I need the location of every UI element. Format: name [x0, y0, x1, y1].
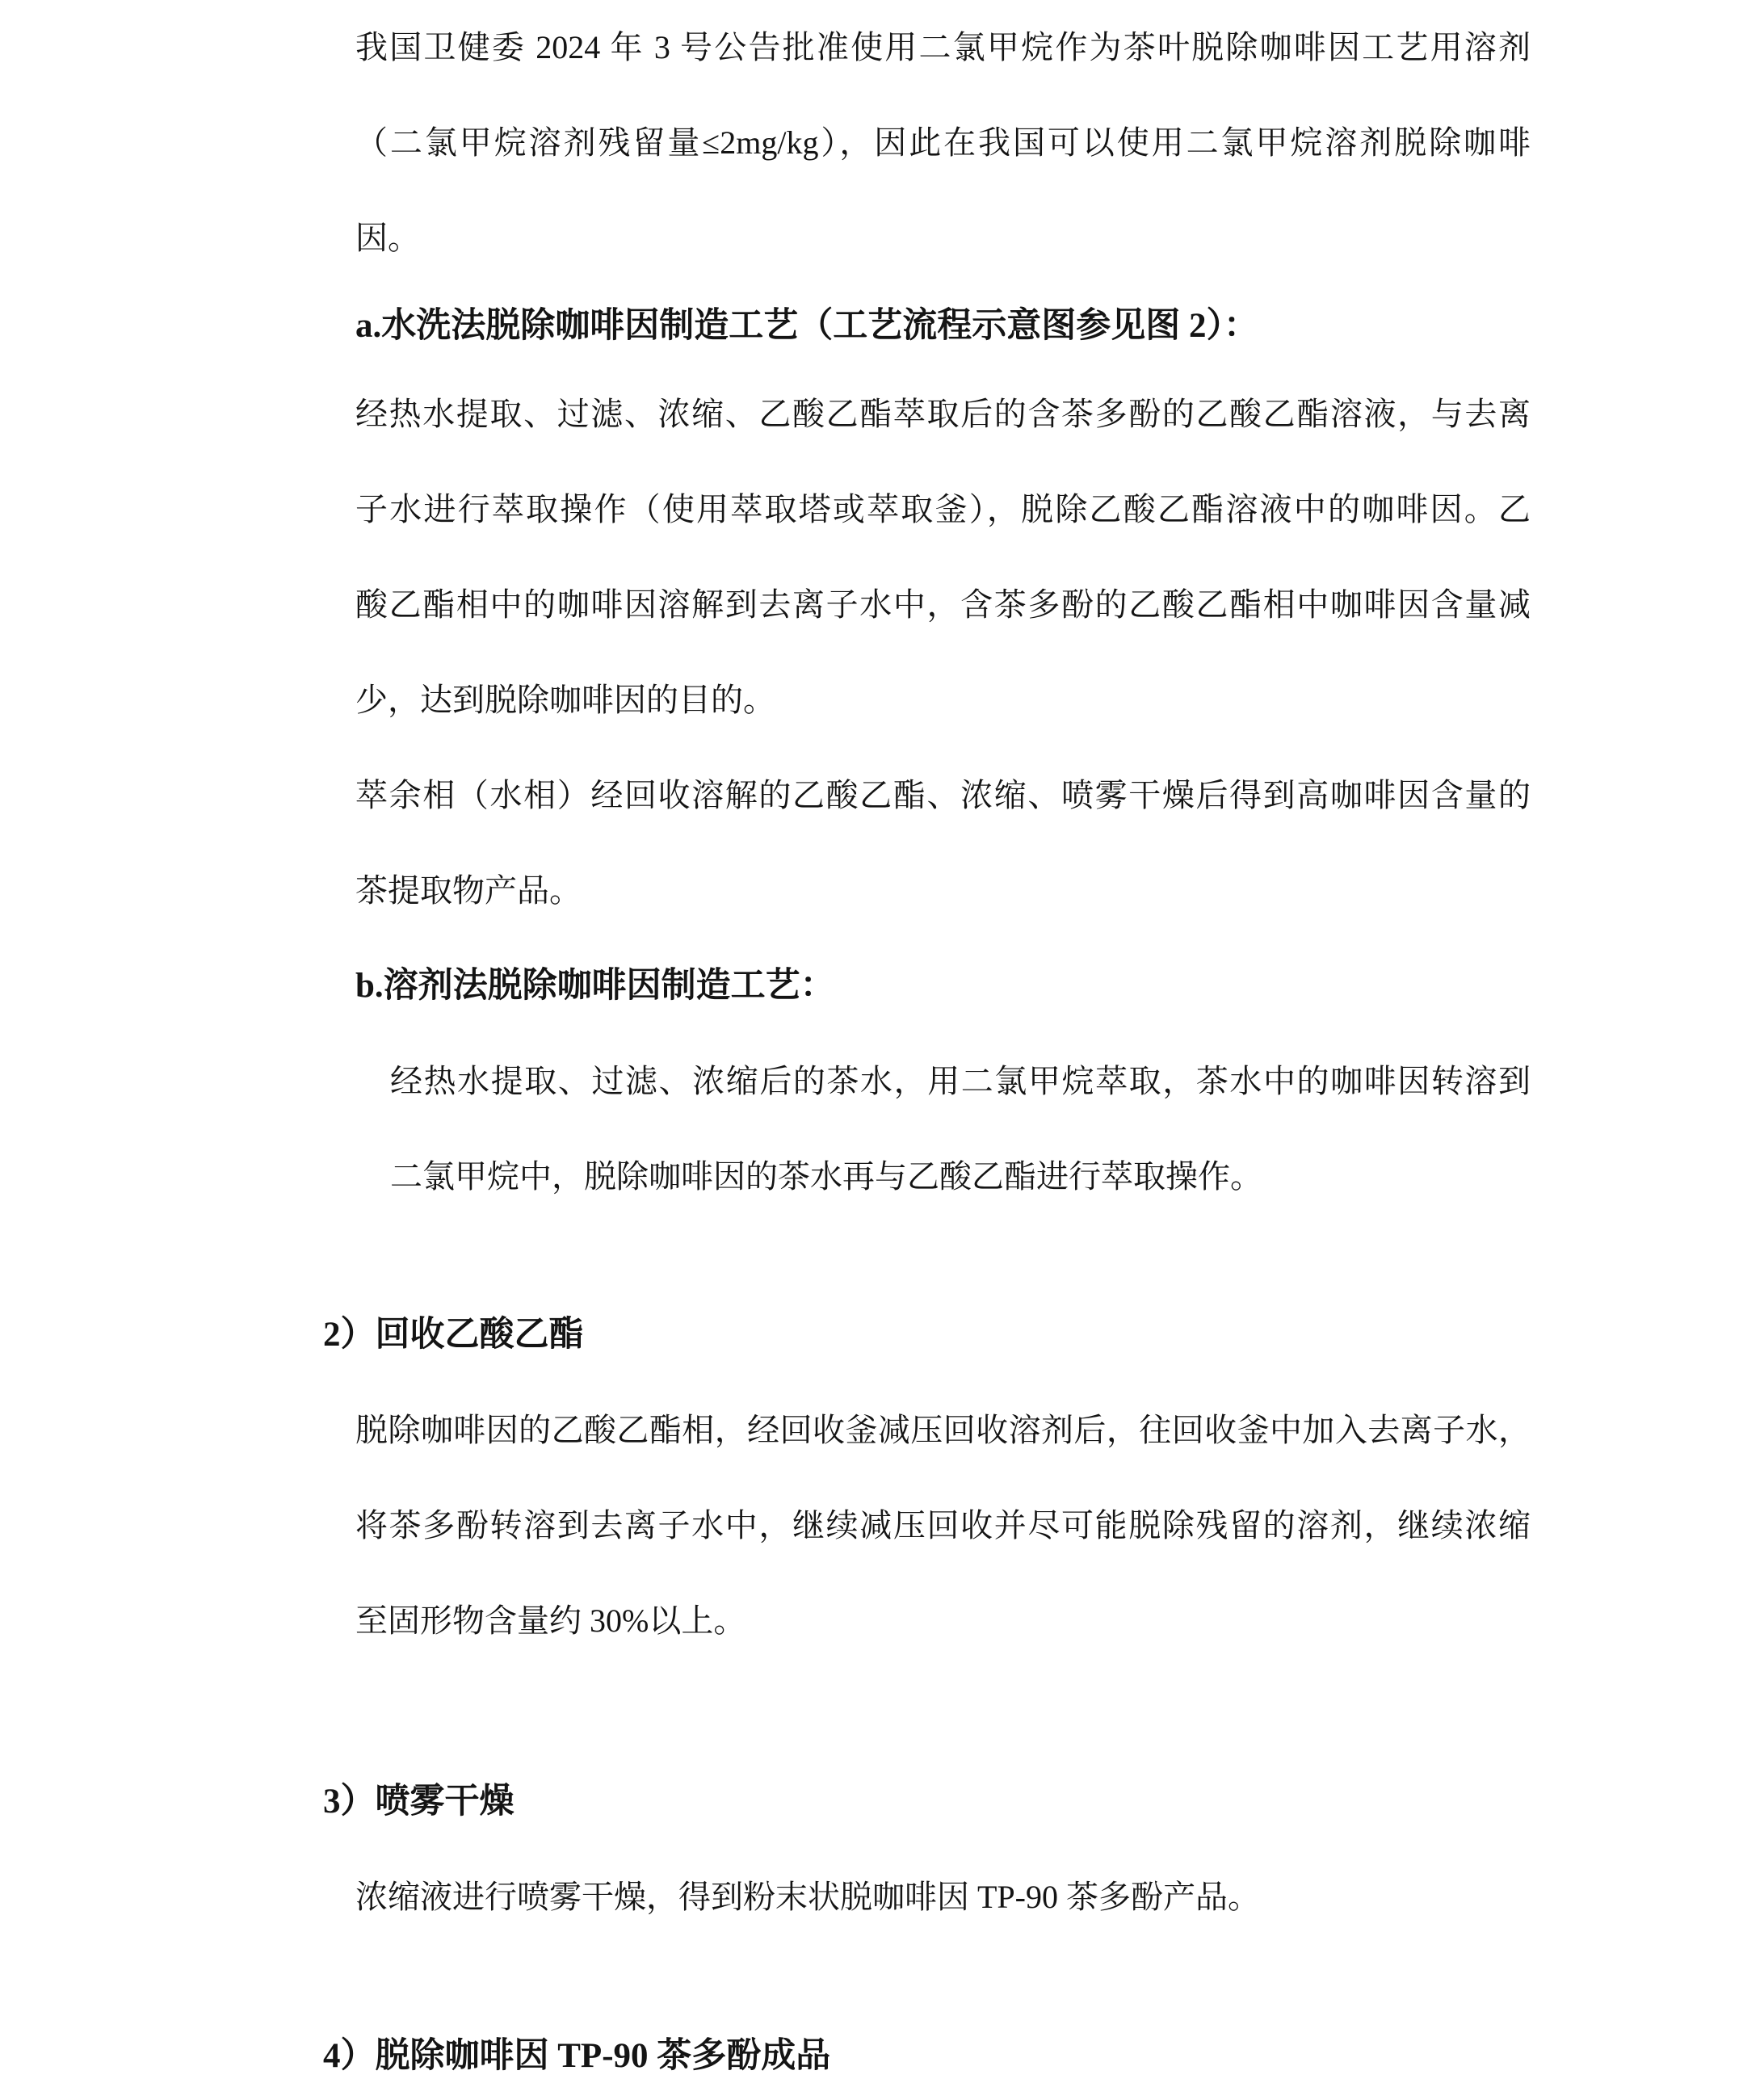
section-a-para1-line-4: 少，达到脱除咖啡因的目的。: [355, 653, 1531, 748]
section-2-heading: 2）回收乙酸乙酯: [323, 1287, 1743, 1383]
section-2-para-line-1: 脱除咖啡因的乙酸乙酯相，经回收釜减压回收溶剂后，往回收釜中加入去离子水，: [355, 1383, 1531, 1478]
section-a-para2-line-2: 茶提取物产品。: [355, 843, 1531, 939]
intro-line-1: 我国卫健委 2024 年 3 号公告批准使用二氯甲烷作为茶叶脱除咖啡因工艺用溶剂: [355, 0, 1531, 95]
section-b-heading: b.溶剂法脱除咖啡因制造工艺：: [355, 939, 1743, 1034]
section-b-para-line-1: 经热水提取、过滤、浓缩后的茶水，用二氯甲烷萃取，茶水中的咖啡因转溶到: [390, 1034, 1531, 1129]
document-content: 我国卫健委 2024 年 3 号公告批准使用二氯甲烷作为茶叶脱除咖啡因工艺用溶剂…: [0, 0, 1743, 2100]
intro-line-2: （二氯甲烷溶剂残留量≤2mg/kg），因此在我国可以使用二氯甲烷溶剂脱除咖啡: [355, 95, 1531, 191]
section-2-para-line-3: 至固形物含量约 30%以上。: [355, 1573, 1531, 1669]
section-4-heading: 4）脱除咖啡因 TP-90 茶多酚成品: [323, 2009, 1743, 2100]
section-2-para-line-2: 将茶多酚转溶到去离子水中，继续减压回收并尽可能脱除残留的溶剂，继续浓缩: [355, 1478, 1531, 1573]
section-a-para2-line-1: 萃余相（水相）经回收溶解的乙酸乙酯、浓缩、喷雾干燥后得到高咖啡因含量的: [355, 748, 1531, 843]
section-b-para-line-2: 二氯甲烷中，脱除咖啡因的茶水再与乙酸乙酯进行萃取操作。: [390, 1129, 1531, 1224]
document-page: 我国卫健委 2024 年 3 号公告批准使用二氯甲烷作为茶叶脱除咖啡因工艺用溶剂…: [0, 0, 1743, 2100]
intro-line-3: 因。: [355, 191, 1531, 286]
section-a-para1-line-2: 子水进行萃取操作（使用萃取塔或萃取釜），脱除乙酸乙酯溶液中的咖啡因。乙: [355, 462, 1531, 557]
section-3-para-line-1: 浓缩液进行喷雾干燥，得到粉末状脱咖啡因 TP-90 茶多酚产品。: [355, 1850, 1531, 1945]
section-a-para1-line-1: 经热水提取、过滤、浓缩、乙酸乙酯萃取后的含茶多酚的乙酸乙酯溶液，与去离: [355, 367, 1531, 462]
section-a-para1-line-3: 酸乙酯相中的咖啡因溶解到去离子水中，含茶多酚的乙酸乙酯相中咖啡因含量减: [355, 557, 1531, 653]
section-3-heading: 3）喷雾干燥: [323, 1754, 1743, 1850]
section-a-heading: a.水洗法脱除咖啡因制造工艺（工艺流程示意图参见图 2）：: [355, 286, 1743, 367]
